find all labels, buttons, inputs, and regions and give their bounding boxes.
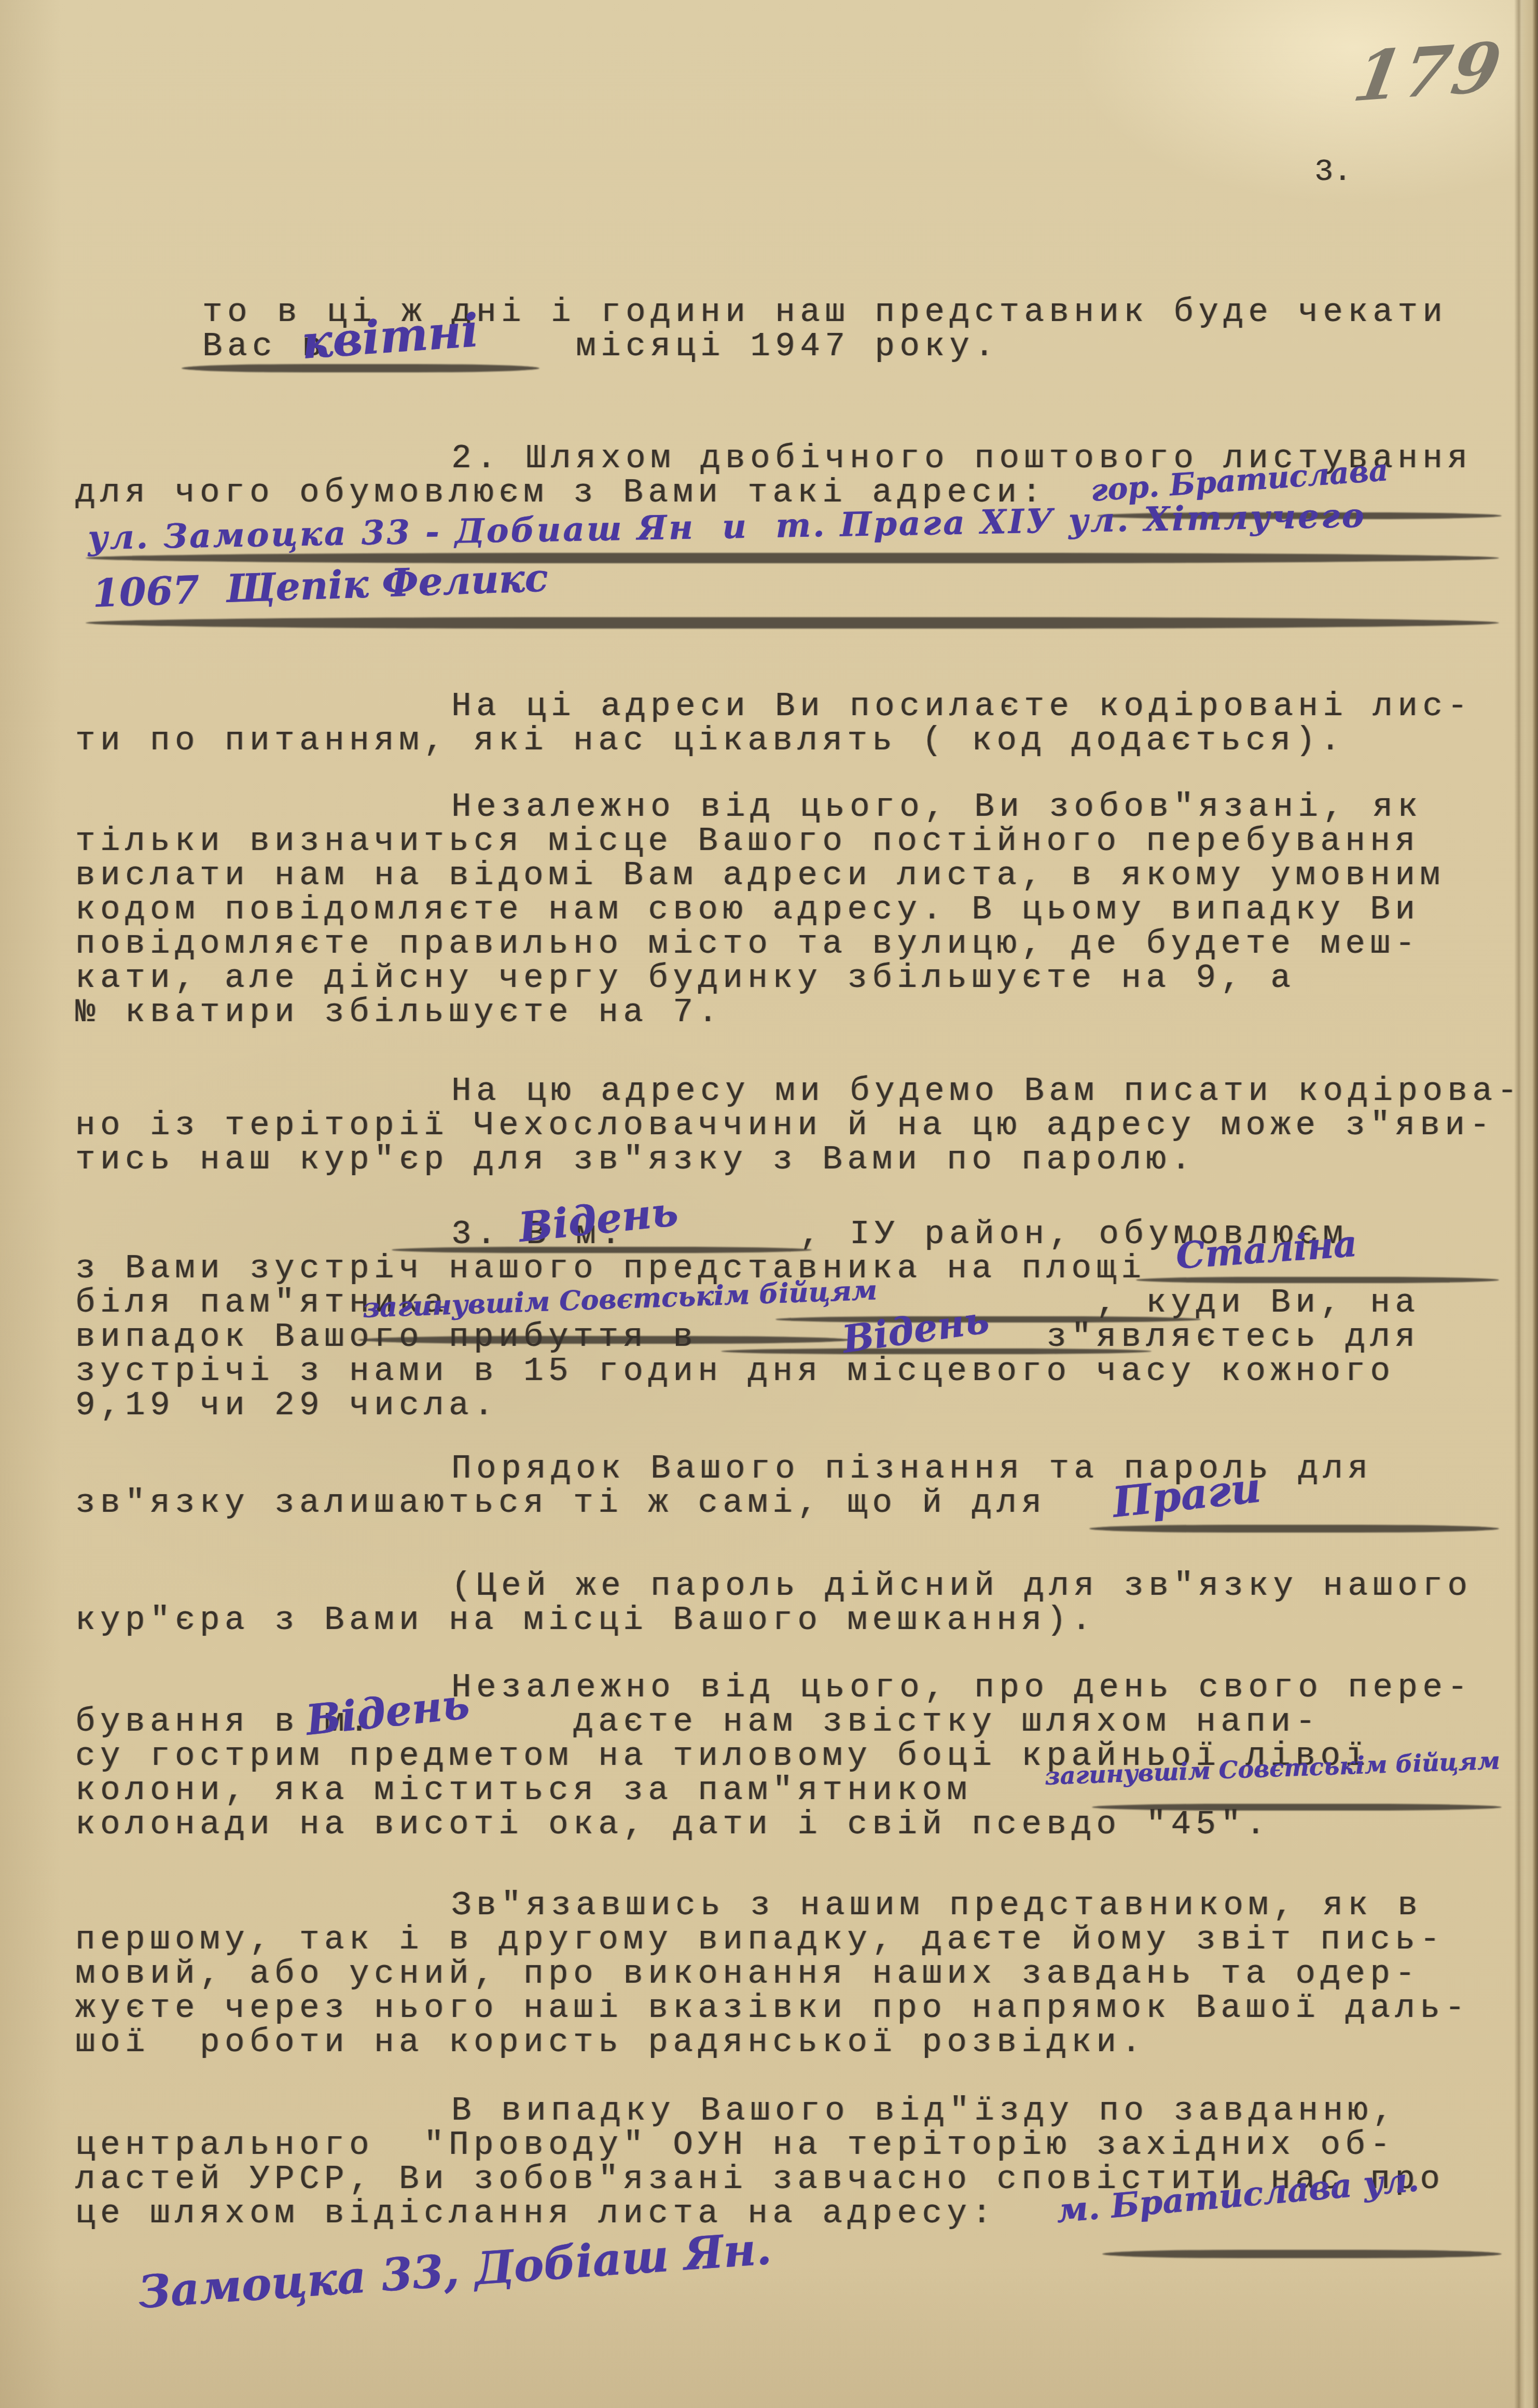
handwritten-annotation: 1067 Щепік Феликс	[92, 555, 549, 616]
handwritten-annotation: загинувшім Совєтськім бійцям	[362, 1274, 878, 1324]
handwritten-annotation: ул. Замоцка 33 - Добиаш Ян и т. Прага ХІ…	[88, 496, 1366, 558]
handwritten-annotation: Відень	[303, 1679, 472, 1745]
handwritten-annotation: квітні	[300, 303, 480, 369]
handwritten-annotation: Замоцка 33, Добіаш Ян.	[136, 2222, 773, 2319]
scanned-document-page: то в ці ж дні і години наш представник б…	[0, 0, 1538, 2408]
paper-right-edge	[1514, 0, 1538, 2408]
page-number: 3.	[1314, 155, 1352, 190]
handwritten-annotations-layer: квітнігор. Братиславаул. Замоцка 33 - До…	[0, 0, 1538, 2408]
handwritten-annotation: Відень	[516, 1188, 680, 1251]
handwritten-annotation: загинувшім Совєтськім бійцям	[1044, 1746, 1500, 1790]
handwritten-annotation: Відень	[839, 1297, 991, 1361]
handwritten-annotation: Праги	[1110, 1463, 1263, 1527]
handwritten-annotation: Сталіна	[1174, 1222, 1358, 1277]
handwritten-annotation: м. Братислава ул.	[1055, 2160, 1420, 2231]
folio-number-pencil: 179	[1348, 26, 1509, 117]
